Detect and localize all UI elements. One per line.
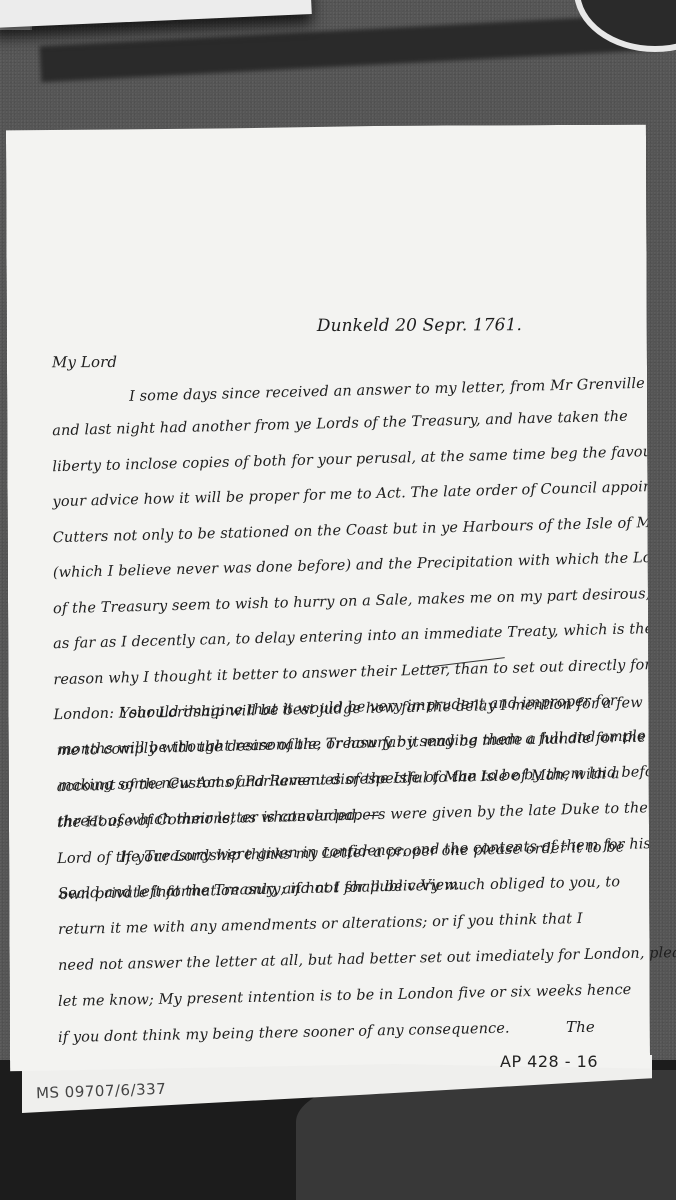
letter-line: your advice how it will be proper for me… [52,478,676,510]
letter-line: Cutters not only to be stationed on the … [53,515,670,547]
letter-line: of the Treasury seem to wish to hurry on… [53,586,651,617]
letter-line: reason why I thought it better to answer… [53,657,651,688]
letter-line: and last night had another from ye Lords… [52,409,628,440]
letter-dateline: Dunkeld 20 Sepr. 1761. [317,315,522,336]
letter-line: as far as I decently can, to delay enter… [53,621,653,652]
item-reference: AP 428 - 16 [500,1052,598,1071]
top-page-reference: MS 09707/6/338 [22,0,153,4]
catchword: The [566,1018,595,1036]
letter-line: liberty to inclose copies of both for yo… [52,443,676,475]
previous-page-strip: MS 09707/6/338 [0,0,312,28]
letter-salutation: My Lord [52,353,117,371]
page-shadow [39,14,660,82]
letter-line: I some days since received an answer to … [129,376,645,405]
letter-line: (which I believe never was done before) … [53,549,676,581]
